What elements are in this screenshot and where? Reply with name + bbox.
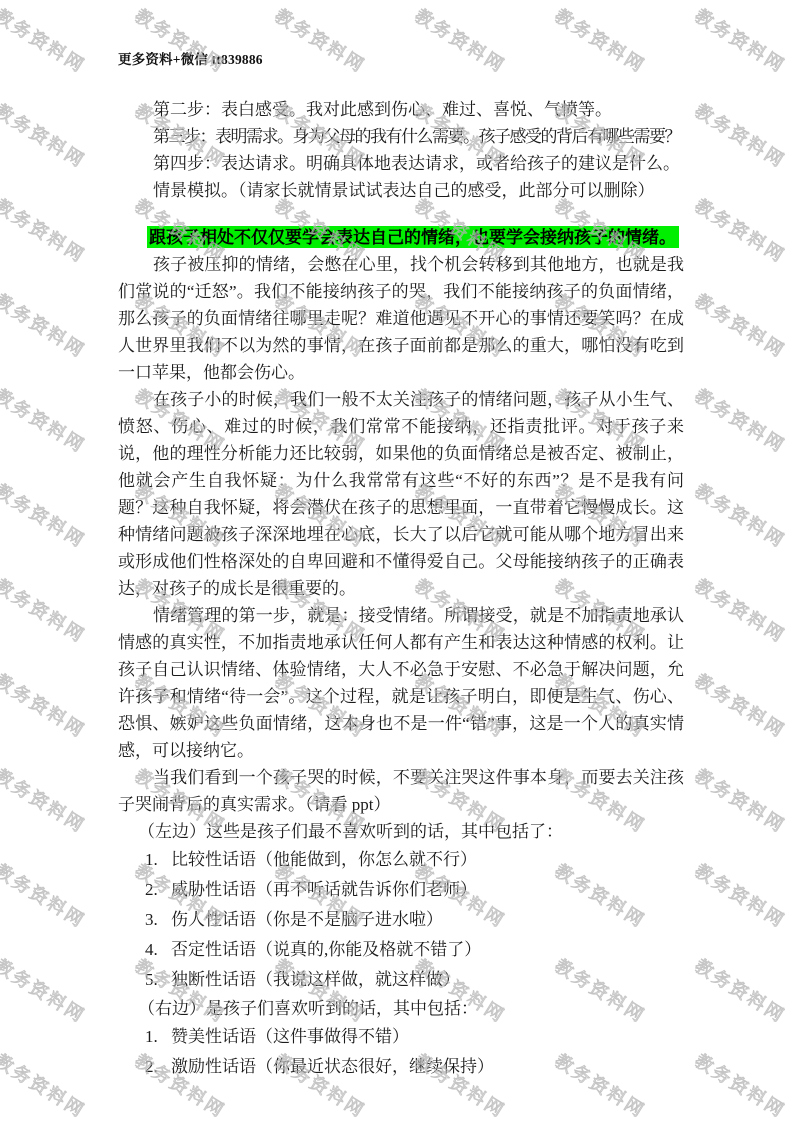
watermark: 教务资料网 (0, 192, 91, 268)
watermark: 教务资料网 (690, 287, 791, 363)
watermark: 教务资料网 (0, 667, 91, 743)
watermark: 教务资料网 (270, 2, 371, 78)
watermark: 教务资料网 (0, 382, 91, 458)
watermark: 教务资料网 (0, 857, 91, 933)
highlighted-heading: 跟孩子相处不仅仅要学会表达自己的情绪，也要学会接纳孩子的情绪。 (147, 224, 684, 251)
list-intro-paragraph: （右边）是孩子们喜欢听到的话，其中包括： (118, 995, 684, 1022)
paragraph: 当我们看到一个孩子哭的时候，不要关注哭这件事本身，而要去关注孩子哭闹背后的真实需… (118, 764, 684, 818)
watermark: 教务资料网 (0, 2, 91, 78)
watermark: 教务资料网 (690, 477, 791, 553)
watermark: 教务资料网 (690, 1047, 791, 1122)
watermark: 教务资料网 (690, 952, 791, 1028)
list-item: 2.激励性话语（你最近状态很好，继续保持） (145, 1052, 684, 1082)
watermark: 教务资料网 (690, 762, 791, 838)
list-item: 2.威胁性话语（再不听话就告诉你们老师） (145, 875, 684, 905)
list-item-text: 否定性话语（说真的,你能及格就不错了） (171, 940, 481, 959)
list-item: 5.独断性话语（我说这样做，就这样做） (145, 965, 684, 995)
list-item: 1.比较性话语（他能做到，你怎么就不行） (145, 845, 684, 875)
list-item-number: 2. (145, 1052, 171, 1082)
list-intro-paragraph: （左边）这些是孩子们最不喜欢听到的话，其中包括了： (118, 818, 684, 845)
watermark: 教务资料网 (0, 762, 91, 838)
promo-contact-text: 更多资料+微信 tt839886 (118, 48, 263, 68)
watermark: 教务资料网 (0, 287, 91, 363)
paragraph: 情景模拟。（请家长就情景试试表达自己的感受，此部分可以删除） (118, 177, 684, 204)
list-item: 4.否定性话语（说真的,你能及格就不错了） (145, 935, 684, 965)
paragraph: 第四步：表达请求。明确具体地表达请求，或者给孩子的建议是什么。 (118, 150, 684, 177)
watermark: 教务资料网 (690, 667, 791, 743)
list-item: 1.赞美性话语（这件事做得不错） (145, 1022, 684, 1052)
list-item-number: 1. (145, 845, 171, 875)
watermark: 教务资料网 (690, 572, 791, 648)
list-item: 3.伤人性话语（你是不是脑子进水啦） (145, 905, 684, 935)
watermark: 教务资料网 (0, 1047, 91, 1122)
paragraph-spacer (118, 204, 684, 224)
watermark: 教务资料网 (690, 192, 791, 268)
watermark: 教务资料网 (410, 2, 511, 78)
paragraph: 第三步：表明需求。身为父母的我有什么需要。孩子感受的背后有哪些需要？ (118, 123, 684, 150)
list-item-text: 独断性话语（我说这样做，就这样做） (171, 970, 460, 989)
list-item-number: 2. (145, 875, 171, 905)
list-item-number: 1. (145, 1022, 171, 1052)
watermark: 教务资料网 (690, 382, 791, 458)
highlight-mark: 跟孩子相处不仅仅要学会表达自己的情绪，也要学会接纳孩子的情绪。 (147, 226, 679, 248)
paragraph: 孩子被压抑的情绪，会憋在心里，找个机会转移到其他地方，也就是我们常说的“迁怒”。… (118, 251, 684, 386)
list-item-number: 4. (145, 935, 171, 965)
watermark: 教务资料网 (0, 572, 91, 648)
list-item-number: 3. (145, 905, 171, 935)
watermark: 教务资料网 (550, 2, 651, 78)
document-page: 更多资料+微信 tt839886 第二步：表白感受。我对此感到伤心、难过、喜悦、… (0, 0, 793, 1122)
list-item-text: 赞美性话语（这件事做得不错） (171, 1027, 409, 1046)
watermark: 教务资料网 (690, 97, 791, 173)
paragraph: 在孩子小的时候，我们一般不太关注孩子的情绪问题，孩子从小生气、愤怒、伤心、难过的… (118, 386, 684, 602)
list-item-number: 5. (145, 965, 171, 995)
watermark: 教务资料网 (0, 97, 91, 173)
watermark: 教务资料网 (690, 857, 791, 933)
list-item-text: 伤人性话语（你是不是脑子进水啦） (171, 910, 443, 929)
list-item-text: 威胁性话语（再不听话就告诉你们老师） (171, 880, 477, 899)
paragraph: 情绪管理的第一步，就是：接受情绪。所谓接受，就是不加指责地承认情感的真实性，不加… (118, 602, 684, 764)
watermark: 教务资料网 (0, 952, 91, 1028)
watermark: 教务资料网 (0, 477, 91, 553)
document-content: 第二步：表白感受。我对此感到伤心、难过、喜悦、气愤等。第三步：表明需求。身为父母… (118, 96, 684, 1082)
watermark: 教务资料网 (690, 2, 791, 78)
paragraph: 第二步：表白感受。我对此感到伤心、难过、喜悦、气愤等。 (118, 96, 684, 123)
list-item-text: 比较性话语（他能做到，你怎么就不行） (171, 850, 477, 869)
list-item-text: 激励性话语（你最近状态很好，继续保持） (171, 1057, 494, 1076)
